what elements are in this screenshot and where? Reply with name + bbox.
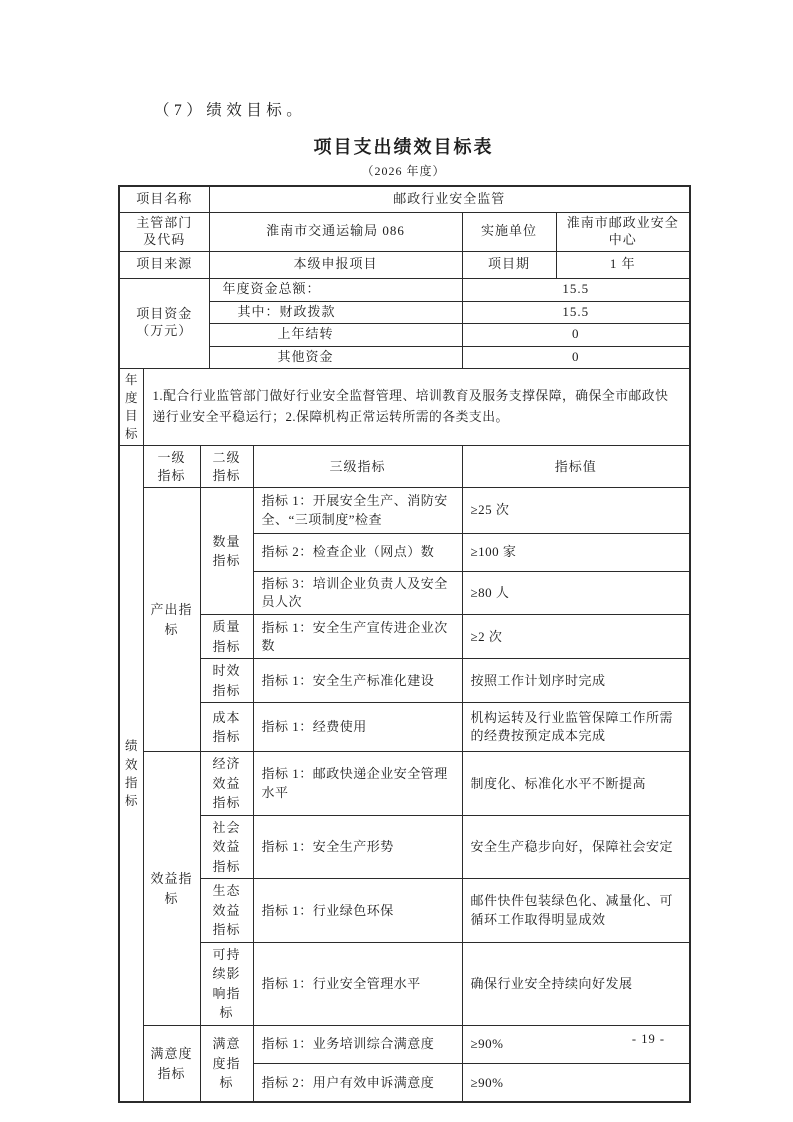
- project-funding-label: 项目资金 （万元）: [119, 278, 209, 368]
- annual-goal-text: 1.配合行业监管部门做好行业安全监督管理、培训教育及服务支撑保障，确保全市邮政快…: [143, 368, 690, 446]
- header-level2: 二级 指标: [200, 446, 253, 488]
- impl-unit-label: 实施单位: [462, 212, 556, 251]
- level2-cell: 可持续影响指标: [200, 942, 253, 1025]
- table-row: 绩效指标 一级 指标 二级 指标 三级指标 指标值: [119, 446, 690, 488]
- indicator-name-cell: 指标 1：安全生产宣传进企业次数: [253, 615, 462, 659]
- indicator-row: 可持续影响指标 指标 1：行业安全管理水平 确保行业安全持续向好发展: [119, 942, 690, 1025]
- level2-cell: 质量指标: [200, 615, 253, 659]
- indicator-value-cell: 确保行业安全持续向好发展: [462, 942, 690, 1025]
- table-row: 项目名称 邮政行业安全监管: [119, 186, 690, 212]
- document-content: 项目支出绩效目标表 （2026 年度） 项目名称 邮政行业安全监管 主管部门 及…: [118, 133, 689, 1103]
- indicator-row: 产出指标 数量指标 指标 1：开展安全生产、消防安全、“三项制度”检查 ≥25 …: [119, 488, 690, 534]
- indicator-value-cell: ≥25 次: [462, 488, 690, 534]
- table-row: 项目来源 本级申报项目 项目期 1 年: [119, 251, 690, 278]
- impl-unit-value: 淮南市邮政业安全 中心: [556, 212, 690, 251]
- indicator-name-cell: 指标 2：用户有效申诉满意度: [253, 1063, 462, 1102]
- indicator-row: 时效指标 指标 1：安全生产标准化建设 按照工作计划序时完成: [119, 659, 690, 703]
- level2-cell: 成本指标: [200, 703, 253, 752]
- level1-cell: 满意度指标: [143, 1025, 200, 1102]
- level2-cell: 满意度指标: [200, 1025, 253, 1102]
- indicator-row: 效益指标 经济效益指标 指标 1：邮政快递企业安全管理水平 制度化、标准化水平不…: [119, 752, 690, 816]
- indicator-name-cell: 指标 1：经费使用: [253, 703, 462, 752]
- header-value: 指标值: [462, 446, 690, 488]
- header-level1: 一级 指标: [143, 446, 200, 488]
- indicator-row: 生态效益指标 指标 1：行业绿色环保 邮件快件包装绿色化、减量化、可循环工作取得…: [119, 879, 690, 943]
- header-level3: 三级指标: [253, 446, 462, 488]
- level2-cell: 经济效益指标: [200, 752, 253, 816]
- annual-goal-label: 年度目标: [119, 368, 143, 446]
- project-name-label: 项目名称: [119, 186, 209, 212]
- funding-row-label: 上年结转: [209, 323, 462, 346]
- indicator-row: 成本指标 指标 1：经费使用 机构运转及行业监管保障工作所需的经费按预定成本完成: [119, 703, 690, 752]
- indicator-name-cell: 指标 1：业务培训综合满意度: [253, 1025, 462, 1063]
- project-period-label: 项目期: [462, 251, 556, 278]
- dept-code-value: 淮南市交通运输局 086: [209, 212, 462, 251]
- funding-row-value: 15.5: [462, 301, 690, 323]
- indicator-name-cell: 指标 3：培训企业负责人及安全员人次: [253, 572, 462, 615]
- document-title: 项目支出绩效目标表: [118, 133, 689, 159]
- indicator-value-cell: 制度化、标准化水平不断提高: [462, 752, 690, 816]
- indicator-row: 质量指标 指标 1：安全生产宣传进企业次数 ≥2 次: [119, 615, 690, 659]
- page-number: - 19 -: [632, 1032, 665, 1047]
- funding-row-label: 其他资金: [209, 346, 462, 368]
- level2-cell: 时效指标: [200, 659, 253, 703]
- funding-row-label: 年度资金总额：: [209, 278, 462, 301]
- performance-target-table: 项目名称 邮政行业安全监管 主管部门 及代码 淮南市交通运输局 086 实施单位…: [118, 185, 691, 1103]
- indicator-value-cell: 机构运转及行业监管保障工作所需的经费按预定成本完成: [462, 703, 690, 752]
- indicator-value-cell: ≥100 家: [462, 534, 690, 572]
- indicator-value-cell: ≥90%: [462, 1063, 690, 1102]
- indicator-value-cell: ≥2 次: [462, 615, 690, 659]
- indicator-value-cell: 按照工作计划序时完成: [462, 659, 690, 703]
- indicator-name-cell: 指标 1：开展安全生产、消防安全、“三项制度”检查: [253, 488, 462, 534]
- indicator-name-cell: 指标 1：邮政快递企业安全管理水平: [253, 752, 462, 816]
- table-row: 项目资金 （万元） 年度资金总额： 15.5: [119, 278, 690, 301]
- table-row: 年度目标 1.配合行业监管部门做好行业安全监督管理、培训教育及服务支撑保障，确保…: [119, 368, 690, 446]
- document-subtitle: （2026 年度）: [118, 162, 689, 179]
- document-page: （7）绩效目标。 项目支出绩效目标表 （2026 年度） 项目名称 邮政行业安全…: [0, 0, 793, 1122]
- indicator-name-cell: 指标 1：安全生产形势: [253, 815, 462, 879]
- project-period-value: 1 年: [556, 251, 690, 278]
- dept-code-label: 主管部门 及代码: [119, 212, 209, 251]
- indicator-name-cell: 指标 2：检查企业（网点）数: [253, 534, 462, 572]
- indicator-value-cell: 安全生产稳步向好，保障社会安定: [462, 815, 690, 879]
- project-name-value: 邮政行业安全监管: [209, 186, 690, 212]
- level2-cell: 生态效益指标: [200, 879, 253, 943]
- indicator-name-cell: 指标 1：安全生产标准化建设: [253, 659, 462, 703]
- level1-cell: 产出指标: [143, 488, 200, 752]
- funding-row-label: 其中：财政拨款: [209, 301, 462, 323]
- indicator-row: 社会效益指标 指标 1：安全生产形势 安全生产稳步向好，保障社会安定: [119, 815, 690, 879]
- indicator-row: 满意度指标 满意度指标 指标 1：业务培训综合满意度 ≥90%: [119, 1025, 690, 1063]
- level2-cell: 数量指标: [200, 488, 253, 615]
- level2-cell: 社会效益指标: [200, 815, 253, 879]
- indicator-name-cell: 指标 1：行业绿色环保: [253, 879, 462, 943]
- indicator-value-cell: 邮件快件包装绿色化、减量化、可循环工作取得明显成效: [462, 879, 690, 943]
- section-heading: （7）绩效目标。: [154, 98, 306, 120]
- funding-row-value: 15.5: [462, 278, 690, 301]
- level1-cell: 效益指标: [143, 752, 200, 1026]
- project-source-value: 本级申报项目: [209, 251, 462, 278]
- indicator-name-cell: 指标 1：行业安全管理水平: [253, 942, 462, 1025]
- project-source-label: 项目来源: [119, 251, 209, 278]
- performance-side-label: 绩效指标: [119, 446, 143, 1103]
- table-row: 主管部门 及代码 淮南市交通运输局 086 实施单位 淮南市邮政业安全 中心: [119, 212, 690, 251]
- funding-row-value: 0: [462, 346, 690, 368]
- funding-row-value: 0: [462, 323, 690, 346]
- indicator-value-cell: ≥80 人: [462, 572, 690, 615]
